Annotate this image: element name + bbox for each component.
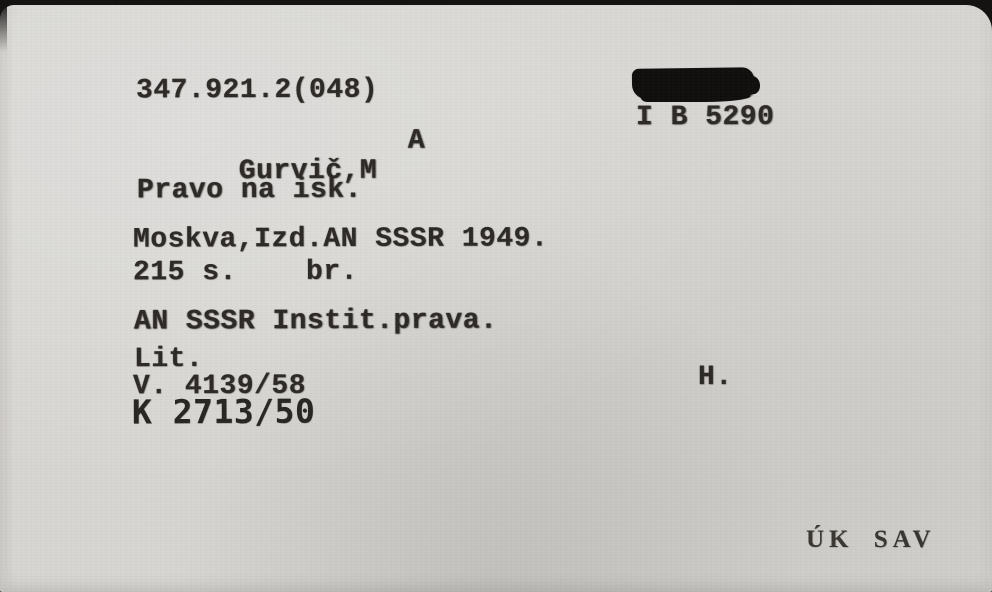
- catalog-card: 347.921.2(048) Gurvič,M A Pravo na isk. …: [0, 5, 992, 592]
- initial-note: H.: [698, 363, 733, 393]
- accession-number-k: K 2713/50: [132, 395, 315, 430]
- redaction-bar: [632, 67, 754, 99]
- catalog-card-scan: 347.921.2(048) Gurvič,M A Pravo na isk. …: [0, 0, 992, 592]
- title-line: Pravo na isk.: [137, 176, 362, 207]
- collation-line: 215 s. br.: [133, 258, 358, 289]
- shelfmark: I B 5290: [636, 103, 775, 133]
- library-stamp: ÚK SAV: [806, 527, 936, 553]
- scanner-edge-shadow: [0, 0, 7, 52]
- classification-number: 347.921.2(048): [136, 76, 378, 107]
- corporate-body-line: AN SSSR Instit.prava.: [134, 307, 497, 338]
- author-mark: A: [408, 127, 425, 157]
- imprint-line: Moskva,Izd.AN SSSR 1949.: [133, 224, 548, 255]
